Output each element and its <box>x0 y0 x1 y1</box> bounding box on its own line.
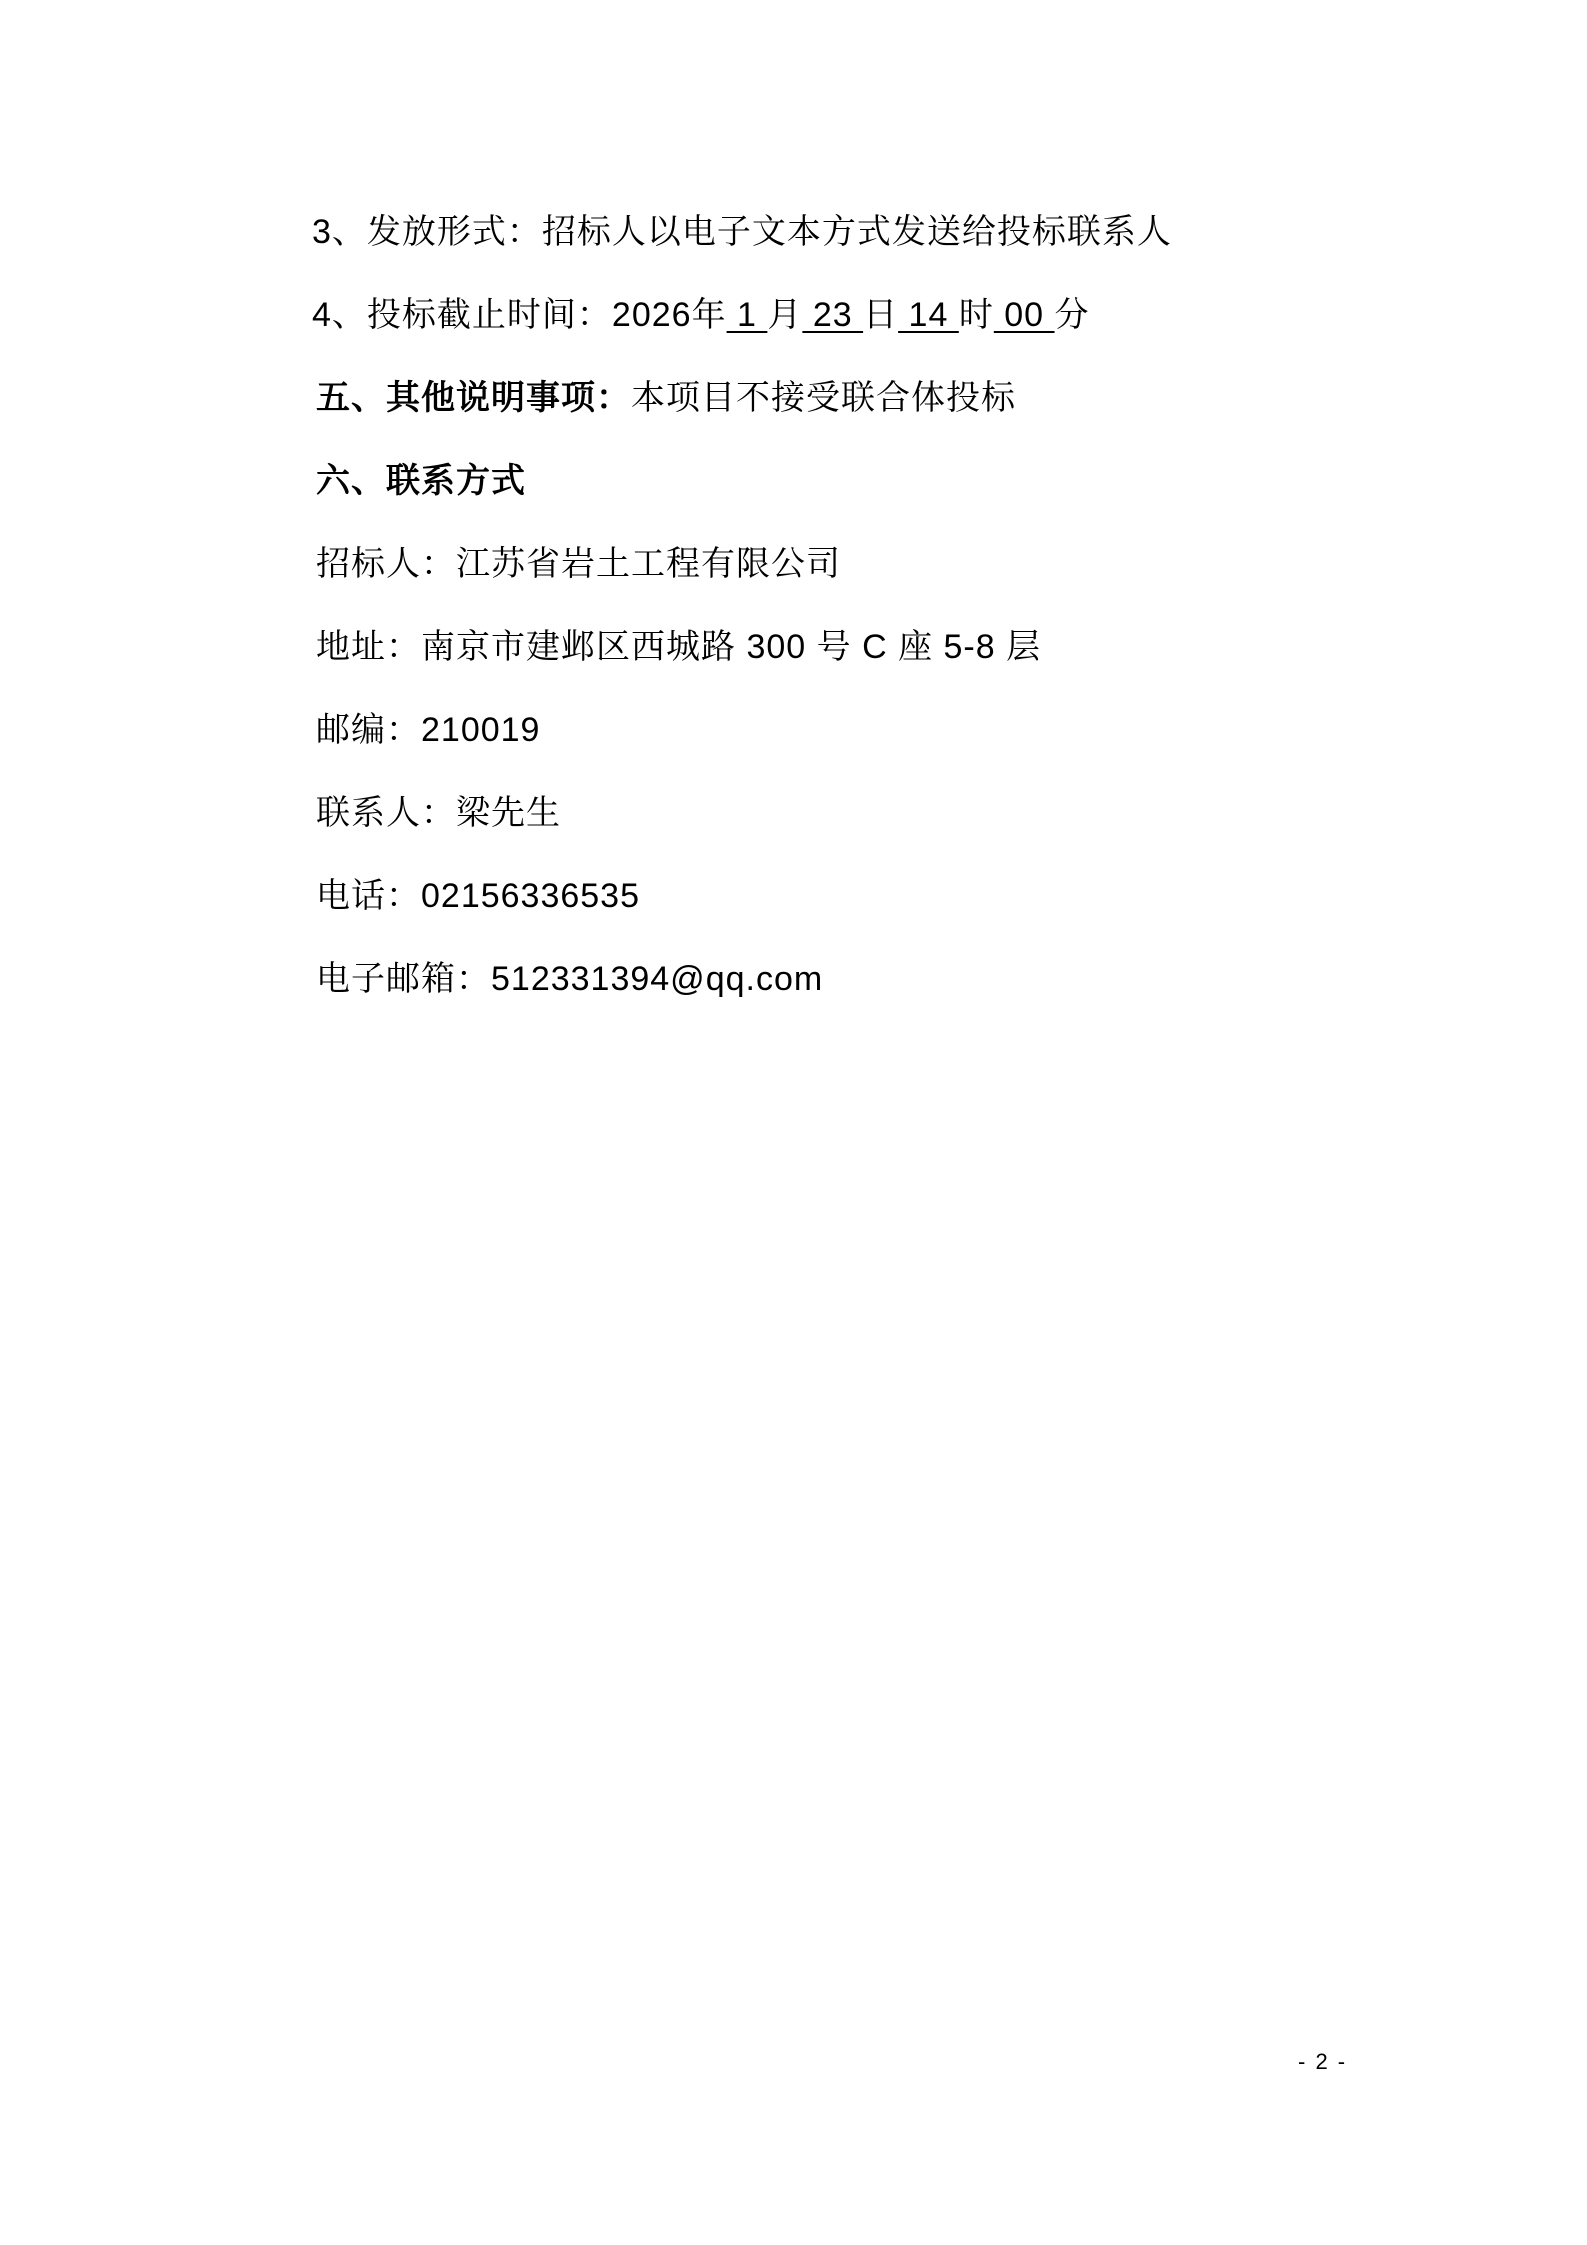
issue-method-line: 3、发放形式：招标人以电子文本方式发送给投标联系人 <box>312 211 1172 253</box>
deadline-day-unit: 日 <box>863 296 898 334</box>
contact-person: 联系人：梁先生 <box>316 792 561 834</box>
deadline-year: 2026 <box>612 296 692 334</box>
contact-value: 梁先生 <box>456 794 561 832</box>
contact-value: 512331394@qq.com <box>491 960 823 998</box>
issue-method-label: 3、发放形式： <box>312 213 542 251</box>
bid-deadline-line: 4、投标截止时间：2026年 1 月 23 日 14 时 00 分 <box>312 294 1090 336</box>
contact-label: 电话： <box>316 877 421 915</box>
contact-phone: 电话：02156336535 <box>316 875 640 917</box>
contact-value: 210019 <box>421 711 540 749</box>
contact-label: 联系人： <box>316 794 456 832</box>
contact-label: 地址： <box>316 628 421 666</box>
contact-label: 电子邮箱： <box>316 960 491 998</box>
deadline-day: 23 <box>802 296 863 334</box>
contact-label: 邮编： <box>316 711 421 749</box>
contact-email: 电子邮箱：512331394@qq.com <box>316 958 823 1000</box>
deadline-hour-unit: 时 <box>959 296 994 334</box>
contact-value: 江苏省岩土工程有限公司 <box>456 545 841 583</box>
contact-address: 地址：南京市建邺区西城路 300 号 C 座 5-8 层 <box>316 626 1041 668</box>
contact-label: 招标人： <box>316 545 456 583</box>
deadline-month-unit: 月 <box>767 296 802 334</box>
deadline-hour: 14 <box>898 296 959 334</box>
bid-deadline-label: 4、投标截止时间： <box>312 296 612 334</box>
section-6-heading: 六、联系方式 <box>316 460 526 502</box>
deadline-year-unit: 年 <box>692 296 727 334</box>
contact-postcode: 邮编：210019 <box>316 709 540 751</box>
section-5-heading: 五、其他说明事项： <box>316 379 631 417</box>
page-number: - 2 - <box>1298 2048 1347 2076</box>
section-5-text: 本项目不接受联合体投标 <box>631 379 1016 417</box>
section-5: 五、其他说明事项：本项目不接受联合体投标 <box>316 377 1016 419</box>
deadline-minute-unit: 分 <box>1055 296 1090 334</box>
contact-tenderer: 招标人：江苏省岩土工程有限公司 <box>316 543 841 585</box>
issue-method-value: 招标人以电子文本方式发送给投标联系人 <box>542 213 1172 251</box>
document-page: 3、发放形式：招标人以电子文本方式发送给投标联系人 4、投标截止时间：2026年… <box>0 0 1587 2245</box>
deadline-month: 1 <box>727 296 768 334</box>
contact-value: 南京市建邺区西城路 300 号 C 座 5-8 层 <box>421 628 1041 666</box>
deadline-minute: 00 <box>994 296 1055 334</box>
contact-value: 02156336535 <box>421 877 640 915</box>
